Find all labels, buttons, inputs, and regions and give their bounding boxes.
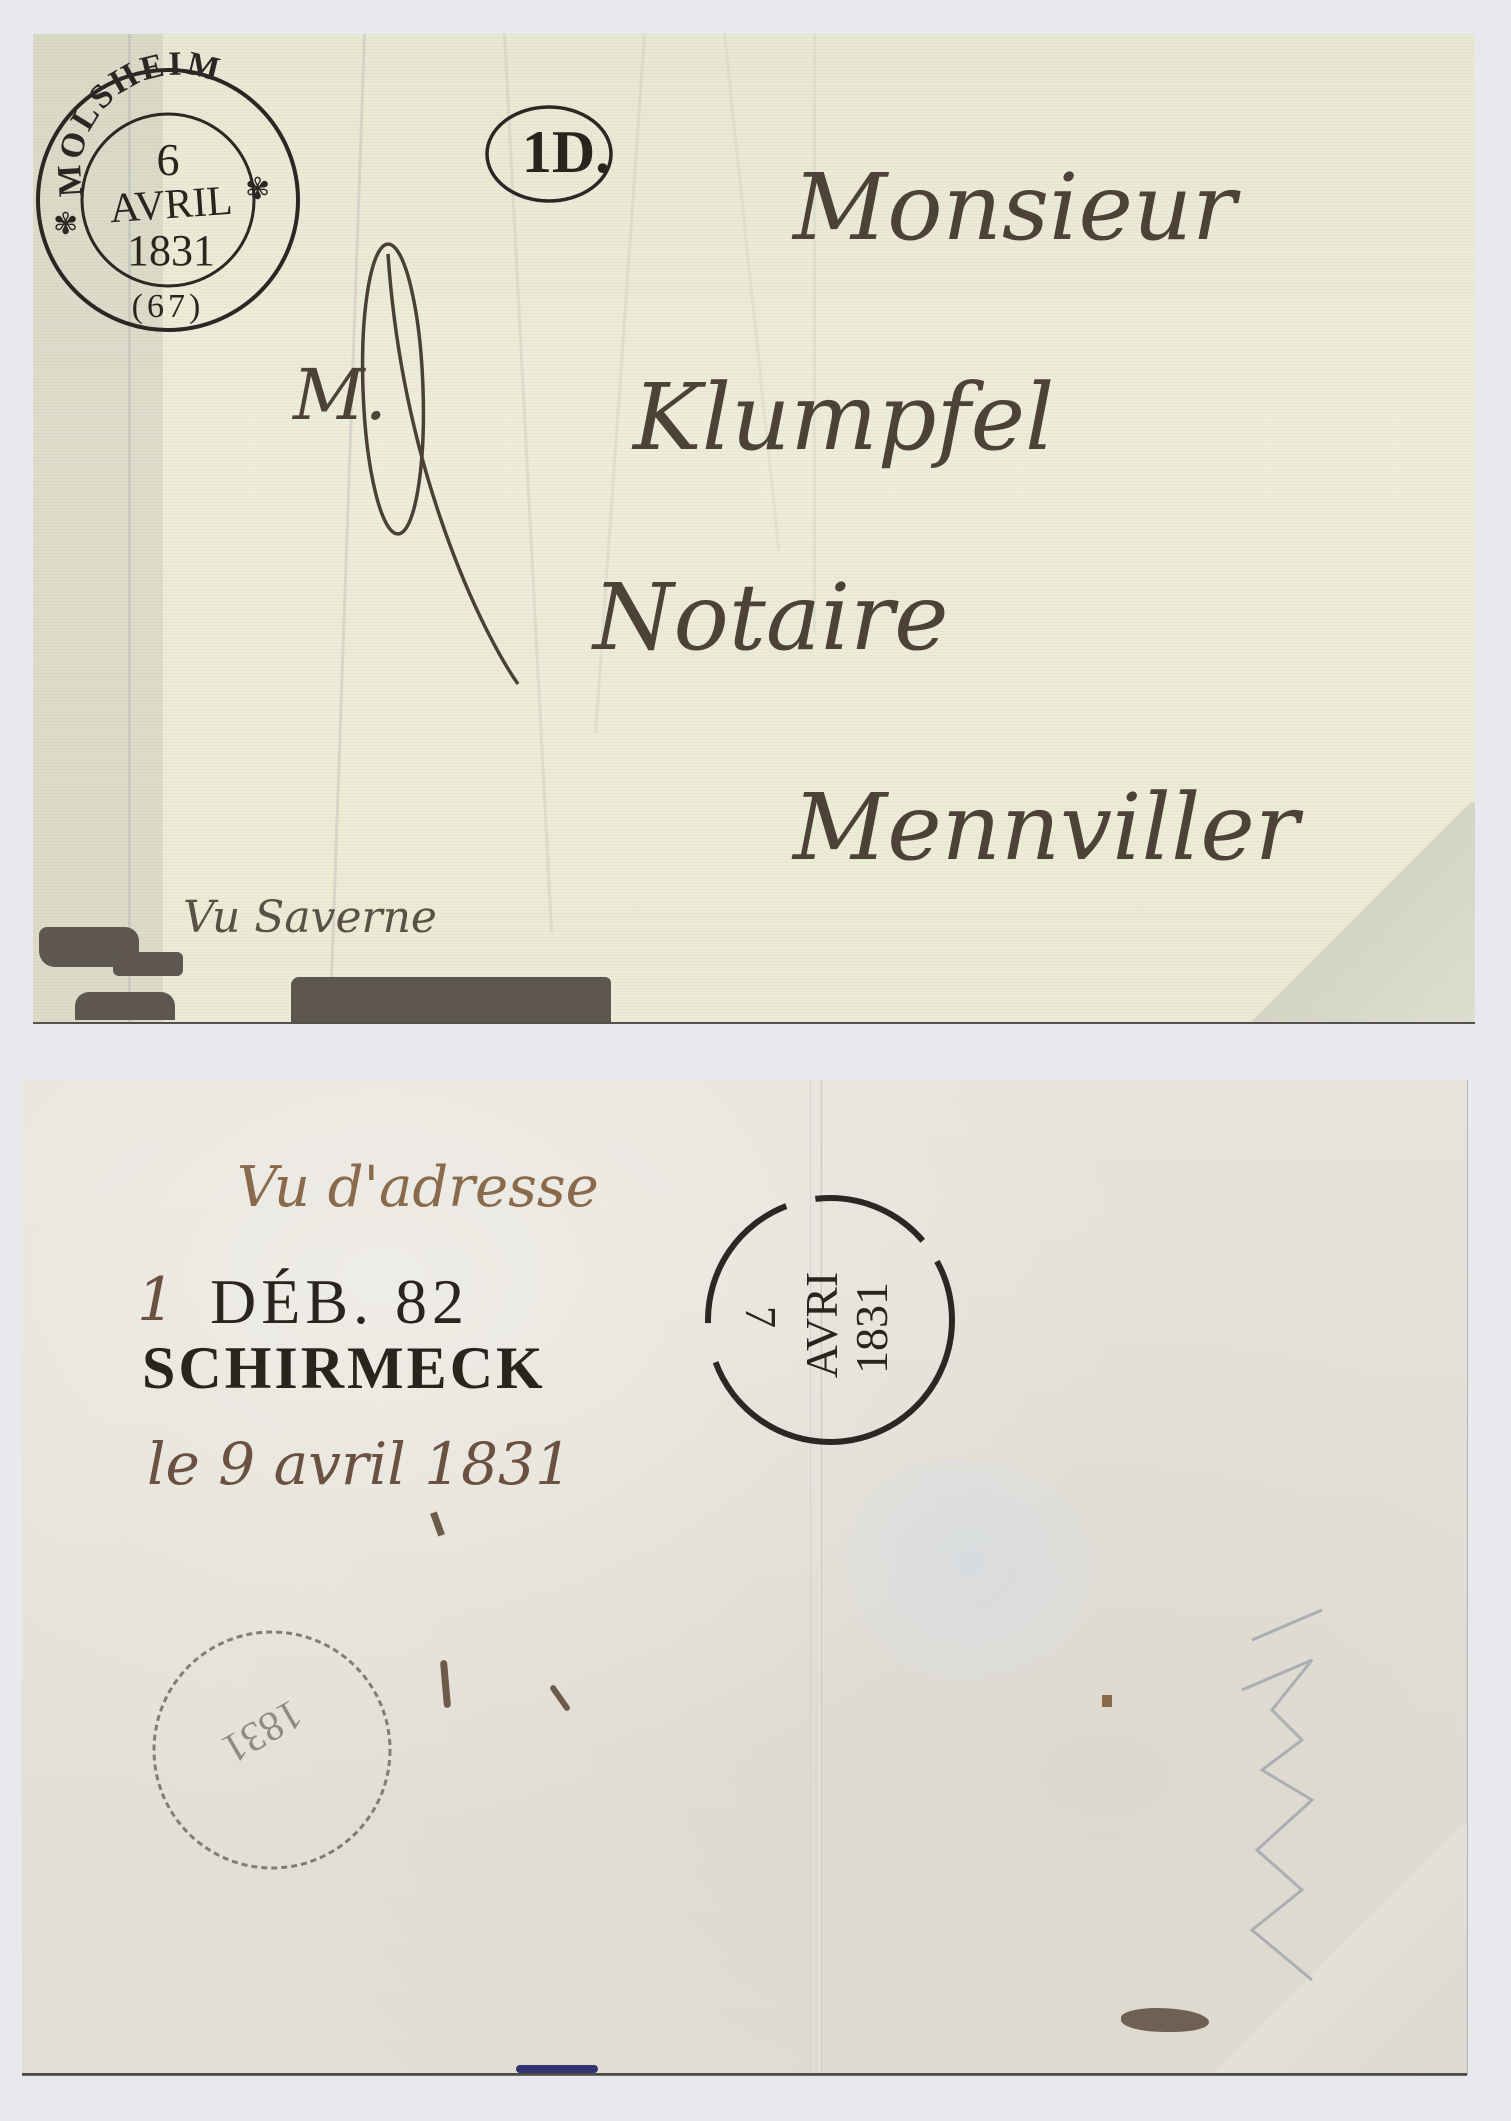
ink-mark — [430, 1512, 445, 1537]
address-line3: Notaire — [593, 564, 949, 671]
blue-ink-remnant — [516, 2065, 598, 2073]
address-line4: Mennviller — [793, 774, 1299, 881]
ink-blot — [291, 977, 611, 1022]
ink-mark — [1102, 1695, 1112, 1707]
seal-remnant — [840, 1460, 1100, 1690]
routing-note: Vu Saverne — [183, 892, 437, 943]
ghost-stroke — [723, 34, 780, 551]
postmark-month: AVRIL — [90, 178, 253, 231]
pencil-annotation — [1232, 1600, 1362, 2040]
postmark-day: 6 — [118, 137, 218, 183]
manuscript-vu-dadresse: Vu d'adresse — [237, 1155, 599, 1220]
ink-blot — [113, 952, 183, 976]
arrival-month: AVRI — [799, 1270, 845, 1380]
address-prefix: M. — [293, 354, 387, 436]
ink-stain — [1121, 2008, 1209, 2032]
oval-mark-text: 1D. — [511, 122, 621, 182]
tax-mark-2 — [303, 214, 603, 914]
ink-mark — [549, 1684, 571, 1712]
ink-blot — [75, 992, 175, 1020]
postmark-department: (67) — [113, 290, 223, 324]
arrival-year: 1831 — [849, 1268, 895, 1388]
address-line1: Monsieur — [793, 154, 1236, 261]
fleuron-icon: ✾ — [53, 207, 78, 242]
faint-postmark — [132, 1620, 432, 1900]
letter-front: MOLSHEIM ✾ ✾ 6 AVRIL 1831 (67) 1D. Monsi… — [33, 34, 1475, 1024]
deb-prefix: 1 — [137, 1265, 175, 1335]
ink-mark — [440, 1660, 451, 1708]
deb-stamp-line2: SCHIRMECK — [142, 1338, 546, 1398]
deb-stamp-line1: DÉB. 82 — [210, 1270, 469, 1334]
manuscript-date: le 9 avril 1831 — [147, 1430, 572, 1498]
letter-back: Vu d'adresse 1 DÉB. 82 SCHIRMECK le 9 av… — [22, 1080, 1467, 2075]
arrival-day: 7 — [738, 1287, 782, 1347]
postmark-year: 1831 — [101, 229, 241, 273]
address-line2: Klumpfel — [633, 364, 1054, 471]
ghost-stroke — [813, 34, 816, 634]
